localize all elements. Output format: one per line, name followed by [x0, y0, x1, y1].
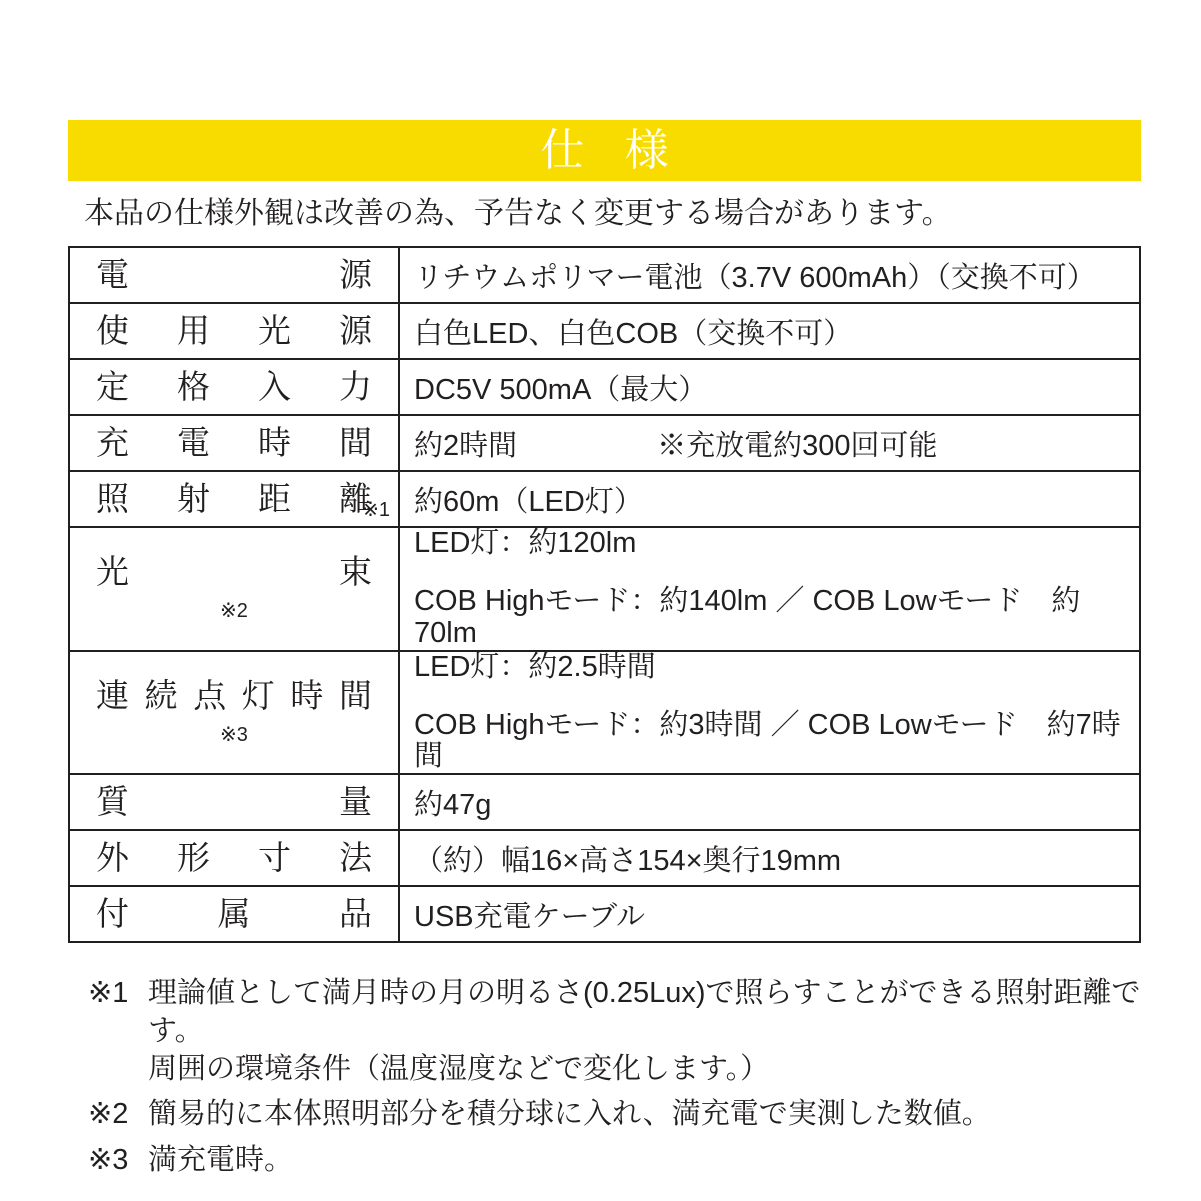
spec-value-charge-time: 約2時間※充放電約300回可能: [399, 415, 1140, 471]
footnote-3-text: 満充電時。: [148, 1142, 1141, 1180]
spec-value-power: リチウムポリマー電池（3.7V 600mAh）（交換不可）: [399, 247, 1140, 303]
spec-value-rated-input: DC5V 500mA（最大）: [399, 359, 1140, 415]
flux-cob-line: COB Highモード：約140lm ／ COB Lowモード 約70lm: [414, 586, 1129, 650]
page-title: 仕 様: [526, 129, 682, 173]
flux-led-line: LED灯：約120lm: [414, 528, 1129, 560]
footnote-ref-1: ※1: [362, 497, 390, 522]
spec-label-dimensions: 外形寸法: [69, 830, 399, 886]
footnote-1: ※1 理論値として満月時の月の明るさ(0.25Lux)で照らすことができる照射距…: [88, 975, 1141, 1088]
footnote-2-marker: ※2: [88, 1096, 148, 1134]
spec-label-runtime: 連続点灯時間 ※3: [69, 651, 399, 775]
spec-row-light-source: 使用光源 白色LED、白色COB（交換不可）: [69, 303, 1140, 359]
spec-label-power: 電源: [69, 247, 399, 303]
spec-label-light-source: 使用光源: [69, 303, 399, 359]
spec-row-beam-distance: 照射距離 ※1 約60m（LED灯）: [69, 471, 1140, 527]
footnote-1-text: 理論値として満月時の月の明るさ(0.25Lux)で照らすことができる照射距離です…: [148, 975, 1141, 1088]
footnotes: ※1 理論値として満月時の月の明るさ(0.25Lux)で照らすことができる照射距…: [88, 975, 1141, 1179]
spec-row-luminous-flux: 光束 ※2 LED灯：約120lm COB Highモード：約140lm ／ C…: [69, 527, 1140, 651]
spec-label-beam-distance: 照射距離 ※1: [69, 471, 399, 527]
spec-row-accessories: 付属品 USB充電ケーブル: [69, 886, 1140, 942]
spec-table: 電源 リチウムポリマー電池（3.7V 600mAh）（交換不可） 使用光源 白色…: [68, 246, 1141, 943]
runtime-cob-line: COB Highモード：約3時間 ／ COB Lowモード 約7時間: [414, 710, 1129, 774]
footnote-ref-2: ※2: [96, 598, 372, 623]
spec-value-light-source: 白色LED、白色COB（交換不可）: [399, 303, 1140, 359]
spec-label-rated-input: 定格入力: [69, 359, 399, 415]
footnote-2-text: 簡易的に本体照明部分を積分球に入れ、満充電で実測した数値。: [148, 1096, 1141, 1134]
spec-label-luminous-flux: 光束 ※2: [69, 527, 399, 651]
spec-label-weight: 質量: [69, 774, 399, 830]
spec-label-charge-time: 充電時間: [69, 415, 399, 471]
spec-row-charge-time: 充電時間 約2時間※充放電約300回可能: [69, 415, 1140, 471]
spec-value-runtime: LED灯：約2.5時間 COB Highモード：約3時間 ／ COB Lowモー…: [399, 651, 1140, 775]
runtime-led-line: LED灯：約2.5時間: [414, 652, 1129, 684]
spec-row-power: 電源 リチウムポリマー電池（3.7V 600mAh）（交換不可）: [69, 247, 1140, 303]
footnote-2: ※2 簡易的に本体照明部分を積分球に入れ、満充電で実測した数値。: [88, 1096, 1141, 1134]
title-band: 仕 様: [68, 120, 1141, 181]
spec-sheet: 仕 様 本品の仕様外観は改善の為、予告なく変更する場合があります。 電源 リチウ…: [68, 120, 1141, 1188]
charge-time-value: 約2時間: [414, 430, 517, 462]
footnote-1-marker: ※1: [88, 975, 148, 1013]
spec-row-weight: 質量 約47g: [69, 774, 1140, 830]
spec-value-dimensions: （約）幅16×高さ154×奥行19mm: [399, 830, 1140, 886]
spec-value-accessories: USB充電ケーブル: [399, 886, 1140, 942]
spec-row-dimensions: 外形寸法 （約）幅16×高さ154×奥行19mm: [69, 830, 1140, 886]
spec-row-runtime: 連続点灯時間 ※3 LED灯：約2.5時間 COB Highモード：約3時間 ／…: [69, 651, 1140, 775]
spec-row-rated-input: 定格入力 DC5V 500mA（最大）: [69, 359, 1140, 415]
charge-cycles-note: ※充放電約300回可能: [657, 430, 937, 462]
spec-value-beam-distance: 約60m（LED灯）: [399, 471, 1140, 527]
footnote-3: ※3 満充電時。: [88, 1142, 1141, 1180]
footnote-ref-3: ※3: [96, 722, 372, 747]
notice-text: 本品の仕様外観は改善の為、予告なく変更する場合があります。: [84, 196, 1141, 232]
spec-value-luminous-flux: LED灯：約120lm COB Highモード：約140lm ／ COB Low…: [399, 527, 1140, 651]
footnote-3-marker: ※3: [88, 1142, 148, 1180]
spec-label-accessories: 付属品: [69, 886, 399, 942]
spec-value-weight: 約47g: [399, 774, 1140, 830]
